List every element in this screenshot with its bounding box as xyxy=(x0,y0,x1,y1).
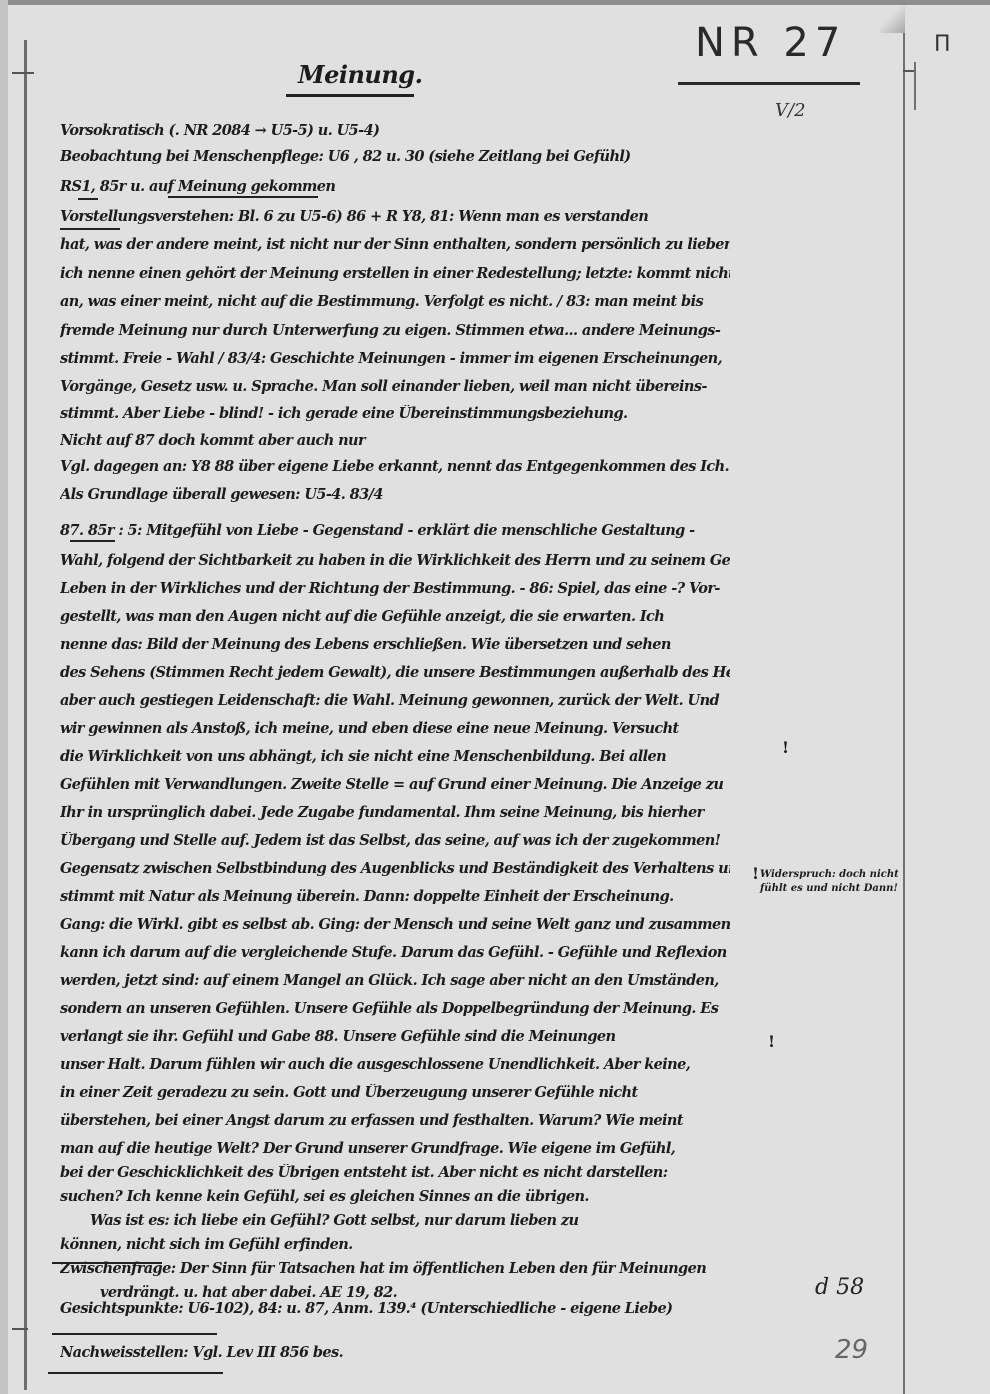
body-line: 87. 85r : 5: Mitgefühl von Liebe - Gegen… xyxy=(60,522,730,539)
body-line: Ihr in ursprünglich dabei. Jede Zugabe f… xyxy=(60,804,730,821)
body-line: aber auch gestiegen Leidenschaft: die Wa… xyxy=(60,692,730,709)
footer-text: verdrängt. u. hat aber dabei. AE 19, 82. xyxy=(100,1284,397,1301)
page-number: 29 xyxy=(835,1335,868,1365)
margin-exclamation: ! xyxy=(752,864,759,883)
header-line: ich nenne einen gehört der Meinung erste… xyxy=(60,265,730,282)
body-line: können, nicht sich im Gefühl erfinden. xyxy=(60,1236,730,1253)
underline xyxy=(52,1262,162,1264)
header-line: hat, was der andere meint, ist nicht nur… xyxy=(60,236,730,253)
header-line: stimmt. Aber Liebe - blind! - ich gerade… xyxy=(60,405,730,422)
body-line: man auf die heutige Welt? Der Grund unse… xyxy=(60,1140,730,1157)
title-underline xyxy=(286,94,414,97)
body-line: Leben in der Wirkliches und der Richtung… xyxy=(60,580,730,597)
underline xyxy=(60,228,120,230)
right-margin-line xyxy=(903,15,905,1394)
archive-number: NR 27 xyxy=(695,20,846,66)
footer-line: Zwischenfrage: Der Sinn für Tatsachen ha… xyxy=(60,1260,740,1277)
left-margin-tick xyxy=(12,72,34,74)
body-line: überstehen, bei einer Angst darum zu erf… xyxy=(60,1112,730,1129)
body-line: Was ist es: ich liebe ein Gefühl? Gott s… xyxy=(90,1212,760,1229)
header-line: an, was einer meint, nicht auf die Besti… xyxy=(60,293,730,310)
left-margin-tick-bottom xyxy=(12,1328,28,1330)
footer-line: Nachweisstellen: Vgl. Lev III 856 bes. xyxy=(60,1344,730,1361)
header-line: RS1, 85r u. auf Meinung gekommen xyxy=(60,178,730,195)
body-line: sondern an unseren Gefühlen. Unsere Gefü… xyxy=(60,1000,730,1017)
body-line: Gang: die Wirkl. gibt es selbst ab. Ging… xyxy=(60,916,730,933)
page-title: Meinung. xyxy=(298,60,422,89)
scan-left-edge xyxy=(0,0,8,1394)
footer-line: verdrängt. u. hat aber dabei. AE 19, 82. xyxy=(100,1284,770,1301)
body-line: Übergang und Stelle auf. Jedem ist das S… xyxy=(60,832,730,849)
body-line: die Wirklichkeit von uns abhängt, ich si… xyxy=(60,748,730,765)
margin-exclamation: ! xyxy=(782,738,789,757)
underline xyxy=(48,1372,223,1374)
underline xyxy=(70,540,115,542)
right-bracket xyxy=(914,62,916,110)
header-line: Nicht auf 87 doch kommt aber auch nur xyxy=(60,432,730,449)
body-line: in einer Zeit geradezu zu sein. Gott und… xyxy=(60,1084,730,1101)
footer-label: Nachweisstellen: xyxy=(60,1344,188,1361)
body-line: nenne das: Bild der Meinung des Lebens e… xyxy=(60,636,730,653)
footer-line: Gesichtspunkte: U6-102), 84: u. 87, Anm.… xyxy=(60,1300,800,1317)
corner-mark: Π xyxy=(934,32,951,57)
margin-note: Widerspruch: doch nicht fühlt es und nic… xyxy=(760,868,910,896)
body-line: Gegensatz zwischen Selbstbindung des Aug… xyxy=(60,860,730,877)
header-line: Als Grundlage überall gewesen: U5-4. 83/… xyxy=(60,486,730,503)
header-line: Vorsokratisch (. NR 2084 → U5-5) u. U5-4… xyxy=(60,122,730,139)
header-line: Beobachtung bei Menschenpflege: U6 , 82 … xyxy=(60,148,730,165)
header-line: Vgl. dagegen an: Y8 88 über eigene Liebe… xyxy=(60,458,730,475)
underline xyxy=(52,1333,217,1335)
body-line: wir gewinnen als Anstoß, ich meine, und … xyxy=(60,720,730,737)
body-line: des Sehens (Stimmen Recht jedem Gewalt),… xyxy=(60,664,730,681)
margin-exclamation: ! xyxy=(768,1032,775,1051)
underline xyxy=(168,196,318,198)
side-mark-d58: d 58 xyxy=(815,1275,864,1300)
header-line: Vorstellungsverstehen: Bl. 6 zu U5-6) 86… xyxy=(60,208,730,225)
footer-text: Vgl. Lev III 856 bes. xyxy=(192,1344,343,1361)
header-line: fremde Meinung nur durch Unterwerfung zu… xyxy=(60,322,730,339)
body-line: kann ich darum auf die vergleichende Stu… xyxy=(60,944,730,961)
body-line: stimmt mit Natur als Meinung überein. Da… xyxy=(60,888,730,905)
body-line: unser Halt. Darum fühlen wir auch die au… xyxy=(60,1056,730,1073)
header-line: stimmt. Freie - Wahl / 83/4: Geschichte … xyxy=(60,350,730,367)
underline xyxy=(78,198,98,200)
body-line: werden, jetzt sind: auf einem Mangel an … xyxy=(60,972,730,989)
body-line: bei der Geschicklichkeit des Übrigen ent… xyxy=(60,1164,730,1181)
left-margin-line xyxy=(24,40,27,1390)
folded-corner xyxy=(880,5,905,33)
footer-text: Der Sinn für Tatsachen hat im öffentlich… xyxy=(180,1260,706,1277)
archive-number-underline xyxy=(678,82,860,85)
sub-number: V/2 xyxy=(775,100,806,121)
body-line: verlangt sie ihr. Gefühl und Gabe 88. Un… xyxy=(60,1028,730,1045)
footer-label: Gesichtspunkte: xyxy=(60,1300,183,1317)
body-line: gestellt, was man den Augen nicht auf di… xyxy=(60,608,730,625)
header-line: Vorgänge, Gesetz usw. u. Sprache. Man so… xyxy=(60,378,730,395)
body-line: Wahl, folgend der Sichtbarkeit zu haben … xyxy=(60,552,730,569)
footer-text: U6-102), 84: u. 87, Anm. 139.⁴ (Untersch… xyxy=(188,1300,673,1317)
body-line: Gefühlen mit Verwandlungen. Zweite Stell… xyxy=(60,776,730,793)
body-line: suchen? Ich kenne kein Gefühl, sei es gl… xyxy=(60,1188,730,1205)
